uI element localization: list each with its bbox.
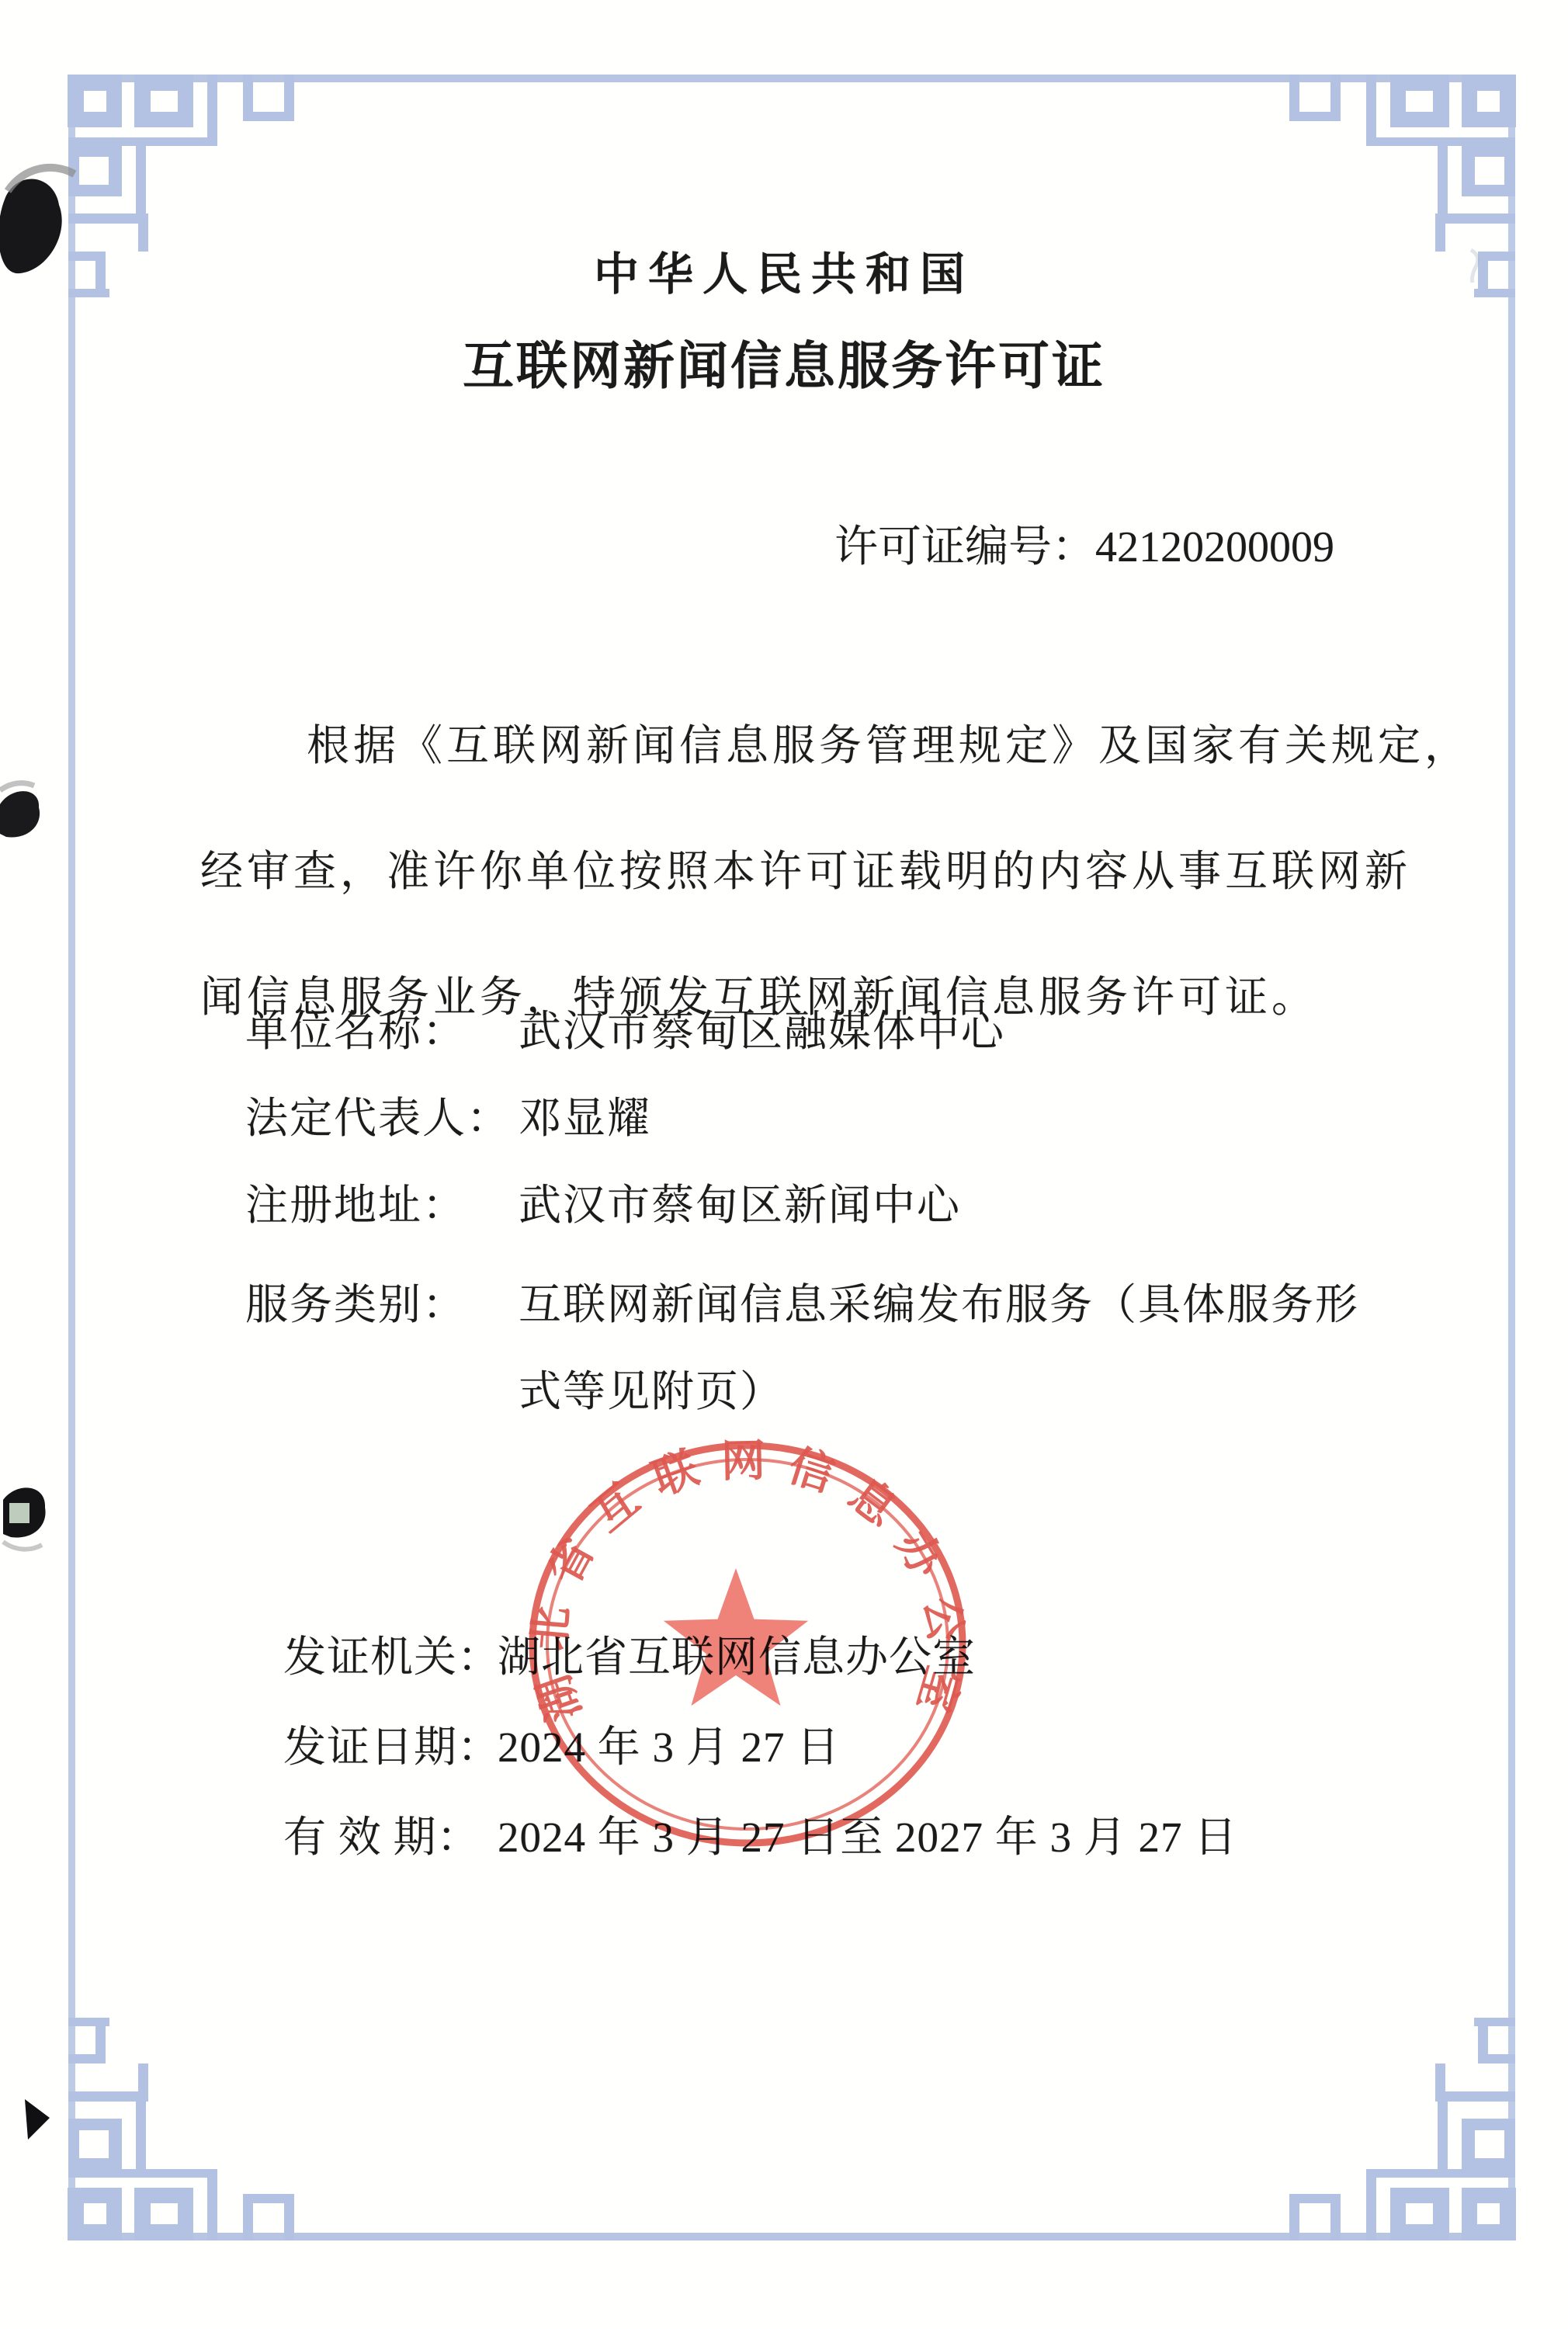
country-title: 中华人民共和国 [0,238,1568,303]
corner-ornament-bottom-right [1289,2018,1516,2240]
license-number-line: 许可证编号：42120200009 [834,512,1334,574]
binder-mark-2 [0,783,40,838]
frame-lines [68,75,1515,2240]
field-value: 互联网新闻信息采编发布服务（具体服务形 [519,1270,1359,1331]
binder-mark-3 [3,1487,46,1549]
binder-mark-4 [25,2099,50,2140]
body-line-2: 经审查，准许你单位按照本许可证载明的内容从事互联网新 [200,837,1442,898]
field-row-service-category: 服务类别： 互联网新闻信息采编发布服务（具体服务形 [245,1270,1359,1331]
license-number-value: 42120200009 [1095,523,1334,571]
field-row-unit-name: 单位名称： 武汉市蔡甸区融媒体中心 [245,997,1005,1058]
field-row-legal-representative: 法定代表人： 邓显耀 [245,1084,651,1145]
official-seal: 湖北省互联网信息办公室 [503,1433,1000,1868]
field-label: 服务类别： [245,1270,519,1331]
red-star-icon [664,1568,808,1706]
field-label: 单位名称： [245,997,519,1058]
field-value: 武汉市蔡甸区新闻中心 [519,1171,961,1232]
issuance-label: 发证日期： [283,1713,498,1774]
issuance-label: 发证机关： [283,1623,498,1684]
corner-ornament-bottom-left [68,2018,294,2240]
field-value: 邓显耀 [519,1084,651,1145]
field-value: 武汉市蔡甸区融媒体中心 [519,997,1005,1058]
field-label: 注册地址： [245,1171,519,1232]
license-number-label: 许可证编号： [834,523,1095,571]
license-certificate-page: 中华人民共和国 互联网新闻信息服务许可证 许可证编号：42120200009 根… [0,0,1568,2329]
field-value-continued: 式等见附页） [519,1357,784,1418]
field-label: 法定代表人： [245,1084,519,1145]
issuance-label: 有 效 期： [283,1803,498,1864]
body-line-1: 根据《互联网新闻信息服务管理规定》及国家有关规定， [200,711,1549,772]
field-row-registered-address: 注册地址： 武汉市蔡甸区新闻中心 [245,1171,961,1232]
certificate-title: 互联网新闻信息服务许可证 [0,325,1568,398]
